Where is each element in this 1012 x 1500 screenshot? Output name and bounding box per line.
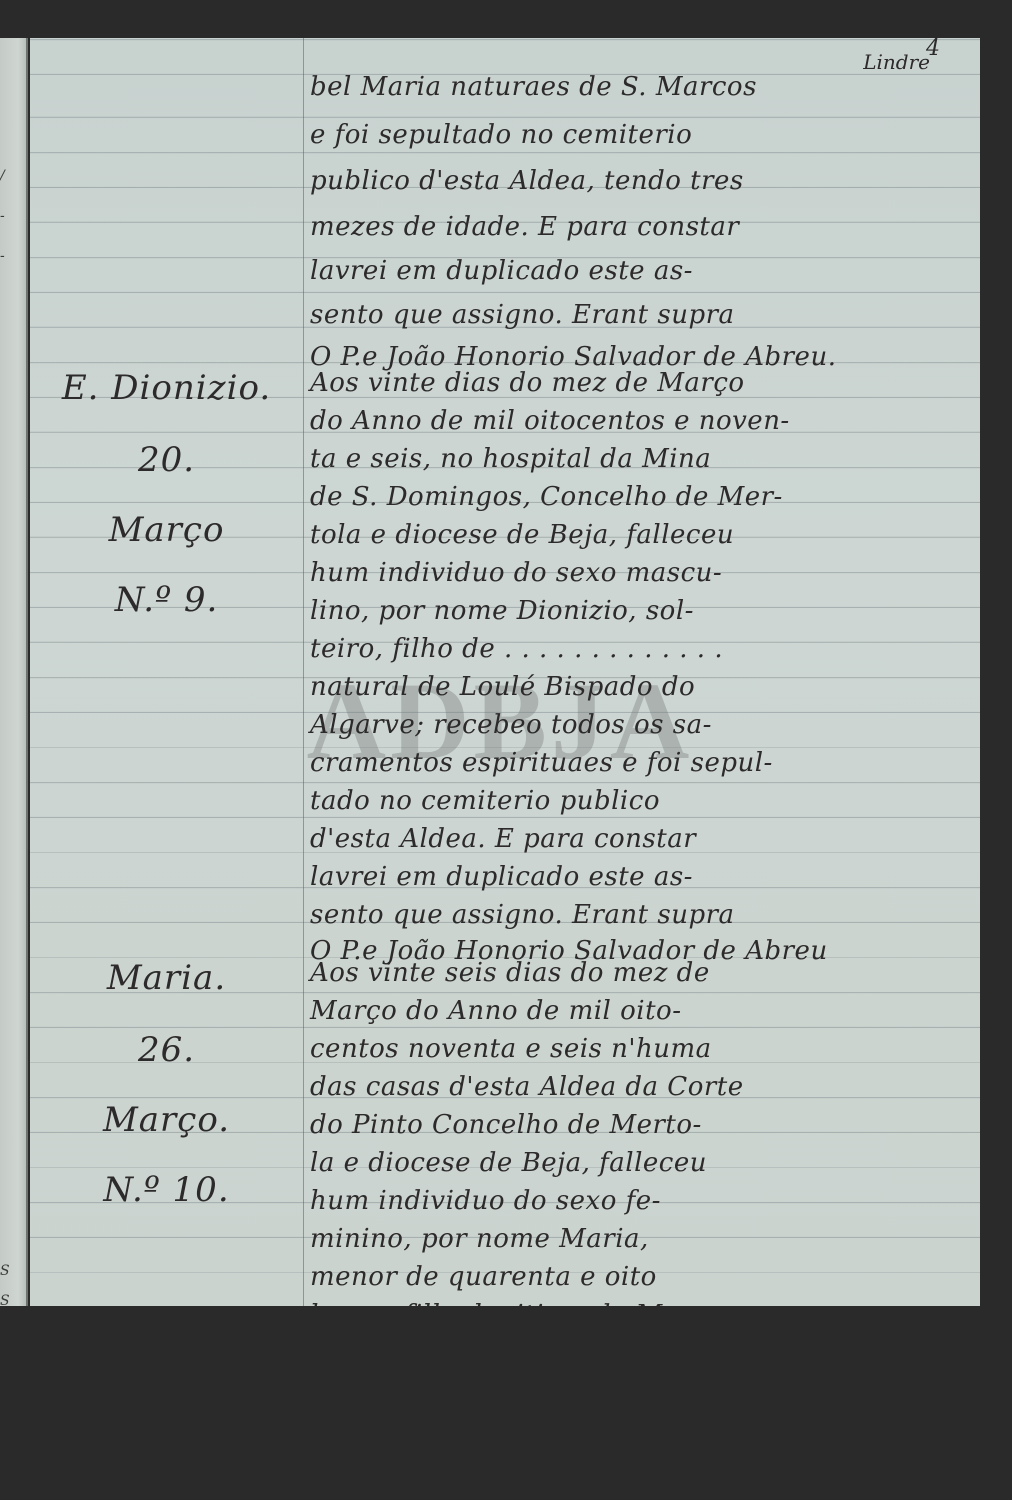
- text-line: horas, filha legitima de Ma-: [310, 1300, 688, 1306]
- text-line: publico d'esta Aldea, tendo tres: [310, 166, 744, 196]
- scanned-register-image: / - - S S 4 Lindre ADBJA bel Maria natur…: [0, 0, 1012, 1500]
- entry-name: E. Dionizio.: [30, 368, 303, 408]
- entry-number: N.º 9.: [30, 580, 303, 620]
- text-line: do Anno de mil oitocentos e noven-: [310, 406, 790, 436]
- text-line: d'esta Aldea. E para constar: [310, 824, 696, 854]
- entry-name: Maria.: [30, 958, 303, 998]
- text-line: cramentos espirituaes e foi sepul-: [310, 748, 773, 778]
- text-line: natural de Loulé Bispado do: [310, 672, 695, 702]
- prev-page-mark: S: [0, 1263, 10, 1279]
- text-line: hum individuo do sexo mascu-: [310, 558, 722, 588]
- prev-page-mark: -: [0, 208, 5, 224]
- text-line: e foi sepultado no cemiterio: [310, 120, 692, 150]
- text-line: Aos vinte seis dias do mez de: [310, 958, 710, 988]
- text-line: Março do Anno de mil oito-: [310, 996, 681, 1026]
- prev-page-mark: -: [0, 248, 5, 264]
- text-line: minino, por nome Maria,: [310, 1224, 649, 1254]
- previous-page-edge: / - - S S: [0, 38, 28, 1306]
- prev-page-mark: /: [0, 168, 5, 184]
- text-line: ta e seis, no hospital da Mina: [310, 444, 711, 474]
- top-annotation: Lindre: [863, 50, 930, 74]
- text-line: hum individuo do sexo fe-: [310, 1186, 661, 1216]
- text-line: menor de quarenta e oito: [310, 1262, 657, 1292]
- text-line: teiro, filho de . . . . . . . . . . . . …: [310, 634, 723, 664]
- text-line: do Pinto Concelho de Merto-: [310, 1110, 702, 1140]
- text-line: tado no cemiterio publico: [310, 786, 660, 816]
- text-line: sento que assigno. Erant supra: [310, 300, 735, 330]
- text-line: la e diocese de Beja, falleceu: [310, 1148, 707, 1178]
- entry-day: 26.: [30, 1030, 303, 1070]
- entry-month: Março: [30, 510, 303, 550]
- register-page: 4 Lindre ADBJA bel Maria naturaes de S. …: [30, 38, 980, 1306]
- entry-day: 20.: [30, 440, 303, 480]
- text-line: mezes de idade. E para constar: [310, 212, 739, 242]
- text-line: lino, por nome Dionizio, sol-: [310, 596, 694, 626]
- entry-number: N.º 10.: [30, 1170, 303, 1210]
- entry-month: Março.: [30, 1100, 303, 1140]
- prev-page-mark: S: [0, 1293, 10, 1309]
- text-line: sento que assigno. Erant supra: [310, 900, 735, 930]
- text-line: tola e diocese de Beja, falleceu: [310, 520, 734, 550]
- text-line: Algarve; recebeo todos os sa-: [310, 710, 712, 740]
- text-line: lavrei em duplicado este as-: [310, 256, 693, 286]
- text-line: de S. Domingos, Concelho de Mer-: [310, 482, 783, 512]
- text-line: lavrei em duplicado este as-: [310, 862, 693, 892]
- text-line: centos noventa e seis n'huma: [310, 1034, 712, 1064]
- text-line: bel Maria naturaes de S. Marcos: [310, 72, 757, 102]
- text-line: Aos vinte dias do mez de Março: [310, 368, 745, 398]
- text-line: das casas d'esta Aldea da Corte: [310, 1072, 744, 1102]
